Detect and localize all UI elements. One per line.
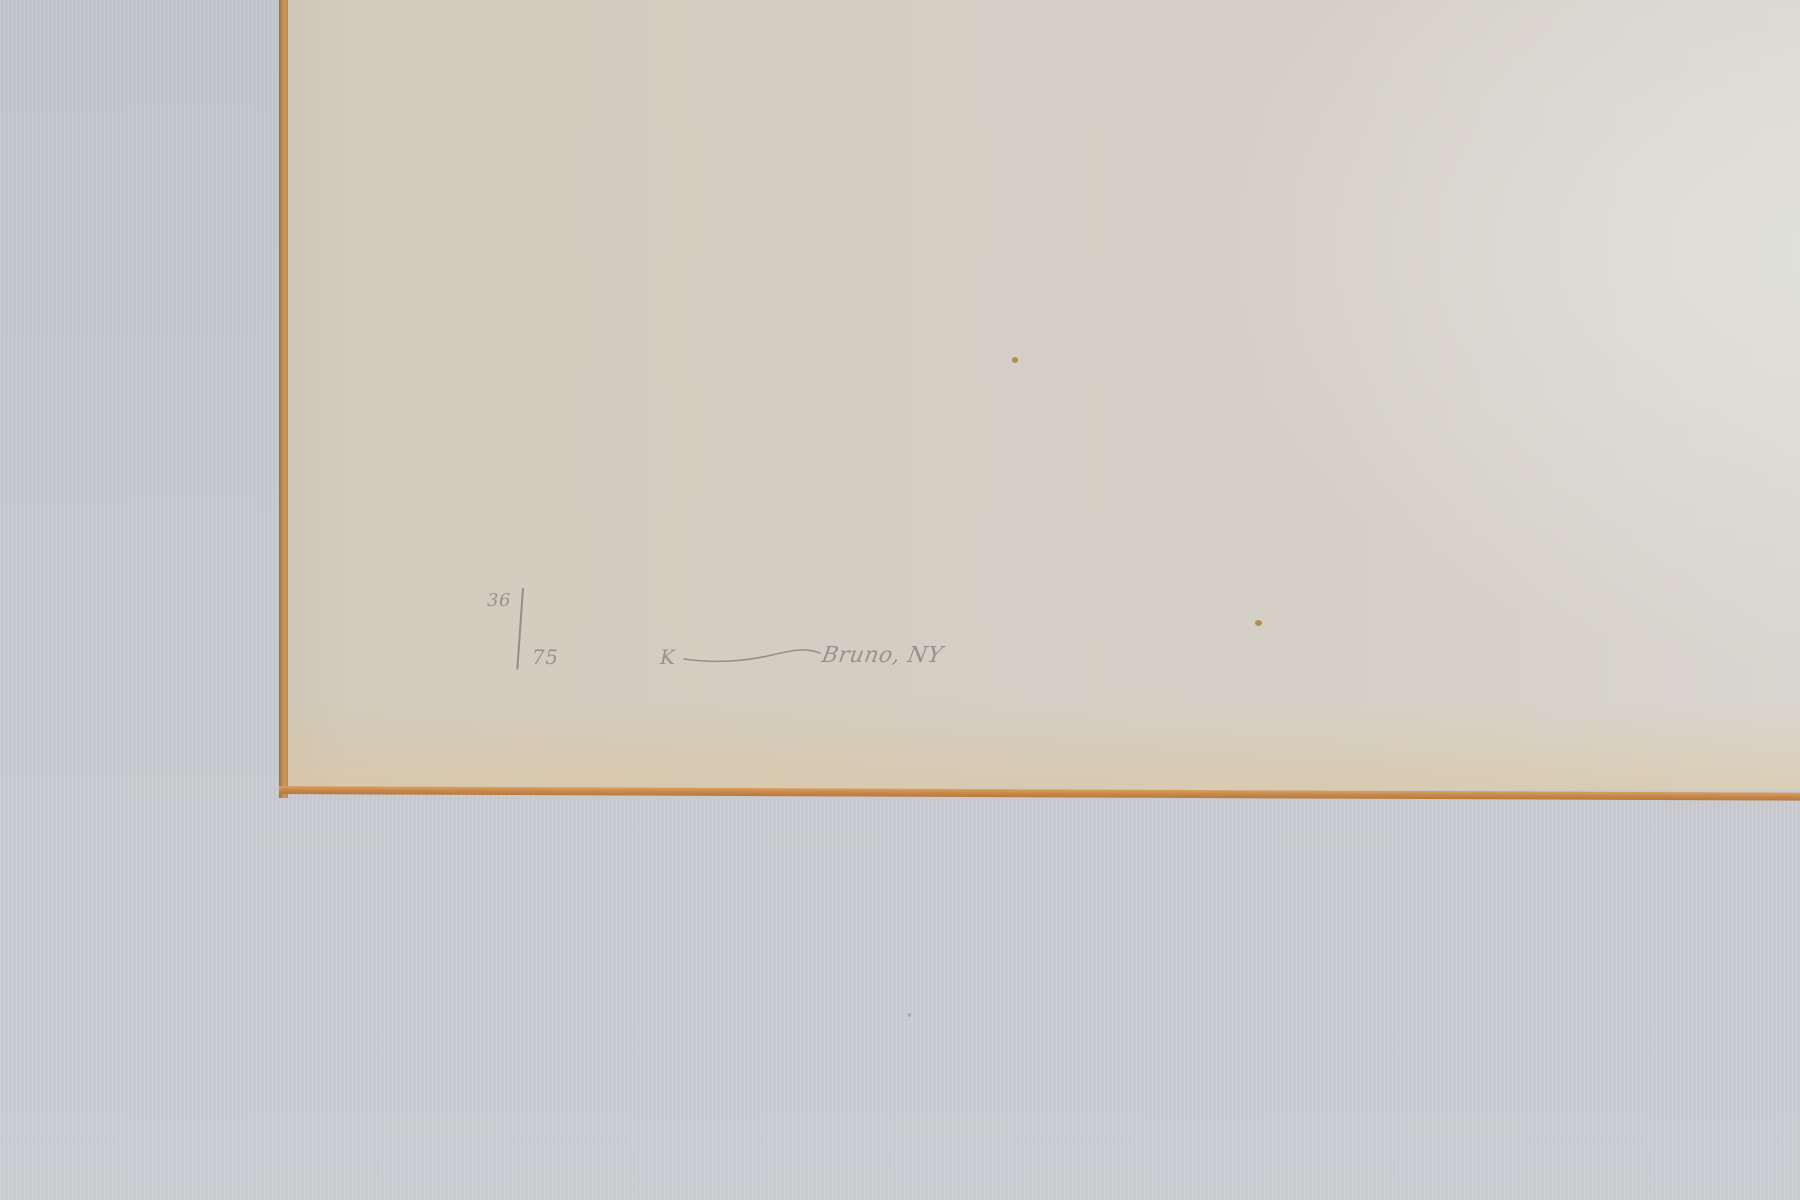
signature-initial: K — [660, 645, 675, 669]
print-paper — [286, 0, 1800, 790]
signature-flourish — [682, 645, 822, 665]
foxing-speck — [1012, 357, 1018, 363]
edition-number: 36 — [487, 590, 511, 611]
framed-print-corner: 36 75 K Bruno, NY — [0, 0, 1800, 1200]
artist-signature: Bruno, NY — [820, 643, 945, 668]
mat-speck — [908, 1013, 911, 1017]
mat-bevel-left-edge — [279, 0, 288, 798]
edition-total: 75 — [532, 645, 558, 669]
foxing-speck — [1255, 620, 1262, 626]
